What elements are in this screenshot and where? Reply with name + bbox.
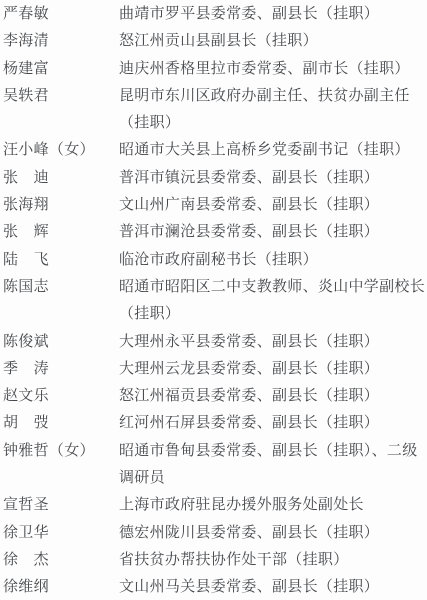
person-position: 德宏州陇川县委常委、副县长（挂职） xyxy=(119,520,427,547)
person-position: 上海市政府驻昆办援外服务处副处长 xyxy=(119,492,427,519)
person-name: 张 辉 xyxy=(3,219,119,246)
person-name: 宣哲圣 xyxy=(3,492,119,519)
person-position: 临沧市政府副秘书长（挂职） xyxy=(119,247,427,274)
person-position: 文山州广南县委常委、副县长（挂职） xyxy=(119,192,427,219)
list-item: 赵文乐 怒江州福贡县委常委、副县长（挂职） xyxy=(3,383,427,410)
person-position: 红河州石屏县委常委、副县长（挂职） xyxy=(119,410,427,437)
list-item: 张 辉 普洱市澜沧县委常委、副县长（挂职） xyxy=(3,219,427,246)
person-name: 李海清 xyxy=(3,28,119,55)
list-item: 张 迪 普洱市镇沅县委常委、副县长（挂职） xyxy=(3,165,427,192)
person-name: 陆 飞 xyxy=(3,247,119,274)
person-name: 张 迪 xyxy=(3,165,119,192)
person-position: 迪庆州香格里拉市委常委、副市长（挂职） xyxy=(119,56,427,83)
person-position: 昭通市大关县上高桥乡党委副书记（挂职） xyxy=(119,137,427,164)
person-name: 张海翔 xyxy=(3,192,119,219)
list-item: 钟雅哲（女） 昭通市鲁甸县委常委、副县长（挂职）、二级调研员 xyxy=(3,438,427,493)
list-item: 徐 杰 省扶贫办帮扶协作处干部（挂职） xyxy=(3,547,427,574)
person-position: 大理州云龙县委常委、副县长（挂职） xyxy=(119,356,427,383)
person-name: 季 涛 xyxy=(3,356,119,383)
person-position: 文山州马关县委常委、副县长（挂职） xyxy=(119,574,427,600)
person-position: 昭通市昭阳区二中支教教师、炎山中学副校长（挂职） xyxy=(119,274,427,329)
person-name: 徐维纲 xyxy=(3,574,119,600)
person-name: 胡 弢 xyxy=(3,410,119,437)
list-item: 胡 弢 红河州石屏县委常委、副县长（挂职） xyxy=(3,410,427,437)
list-item: 杨建富 迪庆州香格里拉市委常委、副市长（挂职） xyxy=(3,56,427,83)
person-name: 吴轶君 xyxy=(3,83,119,110)
list-item: 宣哲圣 上海市政府驻昆办援外服务处副处长 xyxy=(3,492,427,519)
list-item: 严春敏 曲靖市罗平县委常委、副县长（挂职） xyxy=(3,1,427,28)
list-item: 陆 飞 临沧市政府副秘书长（挂职） xyxy=(3,247,427,274)
appointment-list: 严春敏 曲靖市罗平县委常委、副县长（挂职） 李海清 怒江州贡山县副县长（挂职） … xyxy=(0,0,427,600)
person-name: 陈俊斌 xyxy=(3,329,119,356)
person-position: 省扶贫办帮扶协作处干部（挂职） xyxy=(119,547,427,574)
list-item: 李海清 怒江州贡山县副县长（挂职） xyxy=(3,28,427,55)
person-name: 汪小峰（女） xyxy=(3,137,119,164)
person-name: 严春敏 xyxy=(3,1,119,28)
person-position: 怒江州福贡县委常委、副县长（挂职） xyxy=(119,383,427,410)
person-name: 陈国志 xyxy=(3,274,119,301)
person-position: 普洱市镇沅县委常委、副县长（挂职） xyxy=(119,165,427,192)
list-item: 徐卫华 德宏州陇川县委常委、副县长（挂职） xyxy=(3,520,427,547)
list-item: 陈俊斌 大理州永平县委常委、副县长（挂职） xyxy=(3,329,427,356)
person-position: 昭通市鲁甸县委常委、副县长（挂职）、二级调研员 xyxy=(119,438,427,493)
list-item: 张海翔 文山州广南县委常委、副县长（挂职） xyxy=(3,192,427,219)
person-position: 怒江州贡山县副县长（挂职） xyxy=(119,28,427,55)
list-item: 徐维纲 文山州马关县委常委、副县长（挂职） xyxy=(3,574,427,600)
person-name: 赵文乐 xyxy=(3,383,119,410)
list-item: 陈国志 昭通市昭阳区二中支教教师、炎山中学副校长（挂职） xyxy=(3,274,427,329)
list-item: 吴轶君 昆明市东川区政府办副主任、扶贫办副主任（挂职） xyxy=(3,83,427,138)
person-position: 曲靖市罗平县委常委、副县长（挂职） xyxy=(119,1,427,28)
list-item: 季 涛 大理州云龙县委常委、副县长（挂职） xyxy=(3,356,427,383)
person-name: 徐卫华 xyxy=(3,520,119,547)
list-item: 汪小峰（女） 昭通市大关县上高桥乡党委副书记（挂职） xyxy=(3,137,427,164)
person-position: 大理州永平县委常委、副县长（挂职） xyxy=(119,329,427,356)
person-name: 杨建富 xyxy=(3,56,119,83)
person-position: 昆明市东川区政府办副主任、扶贫办副主任（挂职） xyxy=(119,83,427,138)
person-name: 钟雅哲（女） xyxy=(3,438,119,465)
person-name: 徐 杰 xyxy=(3,547,119,574)
person-position: 普洱市澜沧县委常委、副县长（挂职） xyxy=(119,219,427,246)
